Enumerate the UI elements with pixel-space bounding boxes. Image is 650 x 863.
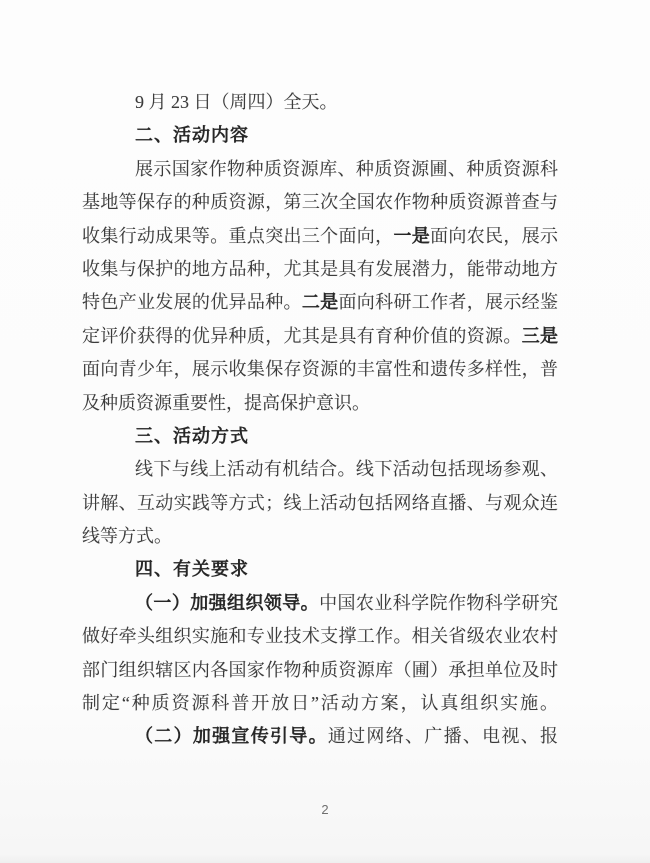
text-line: 收集行动成果等。重点突出三个面向，一是面向农民，展示 — [82, 220, 558, 253]
text-line: 收集与保护的地方品种，尤其是具有发展潜力，能带动地方 — [82, 253, 558, 286]
bold-text-run: 二是 — [302, 292, 339, 312]
text-run: 特色产业发展的优异品种。 — [82, 292, 302, 312]
text-line: （一）加强组织领导。中国农业科学院作物科学研究所 — [82, 587, 558, 620]
text-run: 9 月 23 日（周四）全天。 — [135, 92, 338, 112]
text-run: 面向青少年，展示收集保存资源的丰富性和遗传多样性，普 — [82, 359, 558, 379]
text-run: 讲解、互动实践等方式；线上活动包括网络直播、与观众连 — [82, 493, 558, 513]
text-line: （二）加强宣传引导。通过网络、广播、电视、报刊、 — [82, 720, 558, 753]
bold-text-run: 一是 — [393, 226, 430, 246]
text-run: 及种质资源重要性，提高保护意识。 — [82, 393, 370, 413]
text-line: 讲解、互动实践等方式；线上活动包括网络直播、与观众连 — [82, 487, 558, 520]
text-line: 线等方式。 — [82, 520, 558, 553]
text-line: 制定“种质资源科普开放日”活动方案，认真组织实施。 — [82, 687, 558, 720]
bold-text-run: （一）加强组织领导。 — [135, 593, 319, 613]
text-run: 面向科研工作者，展示经鉴 — [338, 292, 558, 312]
text-line: 线下与线上活动有机结合。线下活动包括现场参观、PPT — [82, 453, 558, 486]
text-run: 展示国家作物种质资源库、种质资源圃、种质资源科普 — [135, 159, 558, 186]
bold-text-run: 四、有关要求 — [135, 559, 249, 579]
text-line: 特色产业发展的优异品种。二是面向科研工作者，展示经鉴 — [82, 286, 558, 319]
text-line: 基地等保存的种质资源，第三次全国农作物种质资源普查与 — [82, 186, 558, 219]
text-run: 部门组织辖区内各国家作物种质资源库（圃）承担单位及时 — [82, 660, 558, 680]
text-run: 线下与线上活动有机结合。线下活动包括现场参观、PPT — [135, 459, 558, 486]
text-run: 收集行动成果等。重点突出三个面向， — [82, 226, 393, 246]
bold-text-run: 三是 — [522, 326, 558, 346]
text-line: 面向青少年，展示收集保存资源的丰富性和遗传多样性，普 — [82, 353, 558, 386]
text-run: 做好牵头组织实施和专业技术支撑工作。相关省级农业农村 — [82, 626, 558, 646]
text-run: 面向农民，展示 — [430, 226, 558, 246]
section-heading: 二、活动内容 — [82, 119, 558, 152]
bold-text-run: （二）加强宣传引导。 — [135, 726, 328, 746]
text-run: 基地等保存的种质资源，第三次全国农作物种质资源普查与 — [82, 192, 558, 212]
bold-text-run: 二、活动内容 — [135, 125, 249, 145]
document-page: 9 月 23 日（周四）全天。二、活动内容展示国家作物种质资源库、种质资源圃、种… — [0, 0, 650, 863]
text-line: 做好牵头组织实施和专业技术支撑工作。相关省级农业农村 — [82, 620, 558, 653]
text-line: 部门组织辖区内各国家作物种质资源库（圃）承担单位及时 — [82, 654, 558, 687]
page-number: 2 — [0, 801, 650, 819]
document-lines: 9 月 23 日（周四）全天。二、活动内容展示国家作物种质资源库、种质资源圃、种… — [82, 86, 558, 754]
section-heading: 三、活动方式 — [82, 420, 558, 453]
text-run: 制定“种质资源科普开放日”活动方案，认真组织实施。 — [82, 693, 558, 713]
text-line: 及种质资源重要性，提高保护意识。 — [82, 387, 558, 420]
bold-text-run: 三、活动方式 — [135, 426, 249, 446]
text-run: 线等方式。 — [82, 526, 172, 546]
text-line: 9 月 23 日（周四）全天。 — [82, 86, 558, 119]
text-line: 定评价获得的优异种质，尤其是具有育种价值的资源。三是 — [82, 320, 558, 353]
text-run: 定评价获得的优异种质，尤其是具有育种价值的资源。 — [82, 326, 522, 346]
section-heading: 四、有关要求 — [82, 553, 558, 586]
text-line: 展示国家作物种质资源库、种质资源圃、种质资源科普 — [82, 153, 558, 186]
text-run: 收集与保护的地方品种，尤其是具有发展潜力，能带动地方 — [82, 259, 558, 279]
